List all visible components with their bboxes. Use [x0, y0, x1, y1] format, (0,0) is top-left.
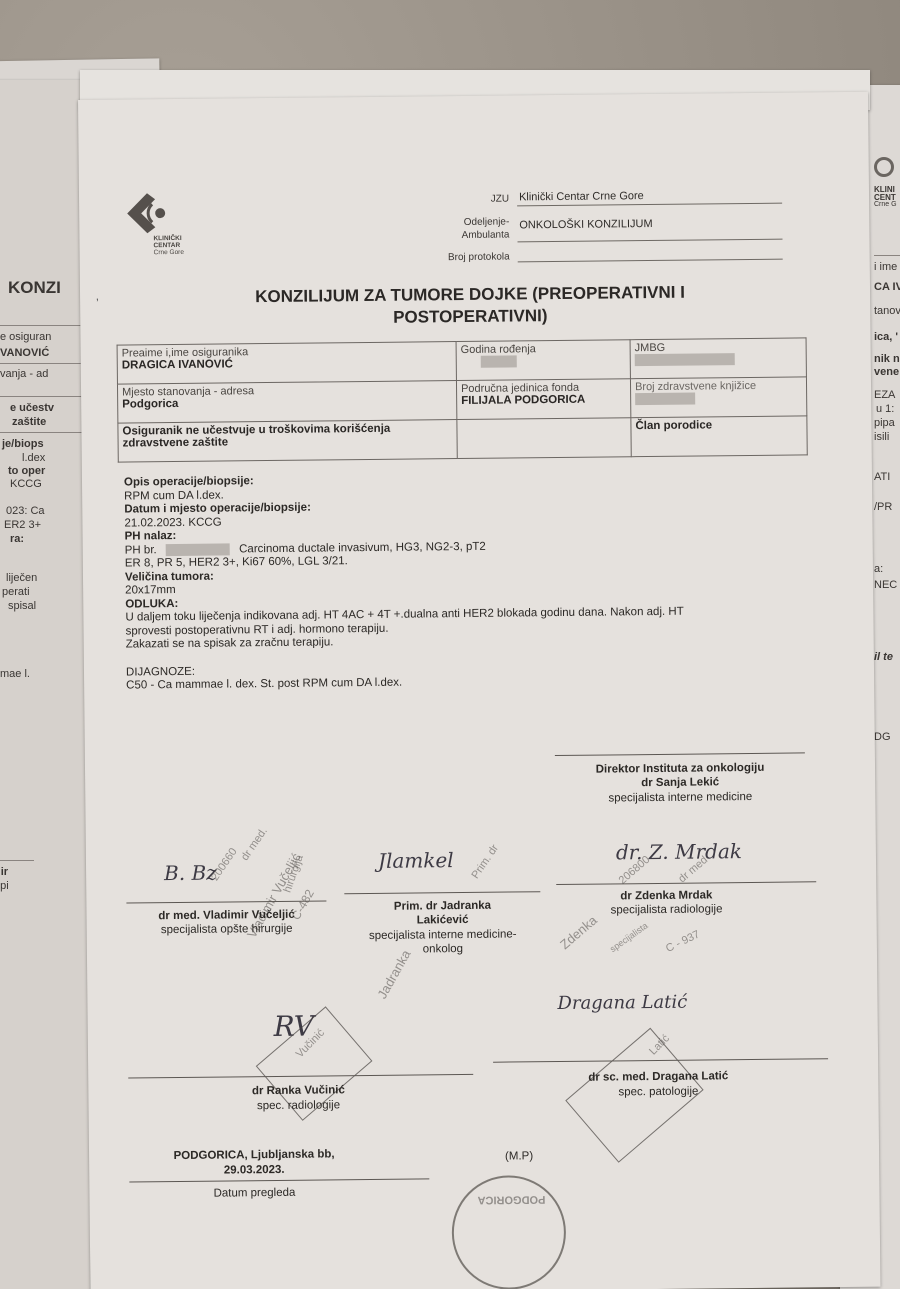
birth-year-redacted: [481, 356, 517, 368]
fund-unit: FILIJALA PODGORICA: [461, 393, 626, 407]
stamp-lakicevic: Prim. dr: [469, 843, 501, 882]
stamp-mrdak: Zdenka: [557, 912, 600, 952]
place-line-1: PODGORICA, Ljubljanska bb,: [139, 1147, 369, 1163]
director-role: specijalista interne medicine: [555, 789, 805, 806]
exam-date-caption: Datum pregleda: [139, 1185, 369, 1201]
exam-date: 29.03.2023.: [139, 1162, 369, 1178]
signatory-latic-role: spec. patologije: [548, 1084, 768, 1100]
signatory-latic-name: dr sc. med. Dragana Latić: [548, 1069, 768, 1085]
findings-section: Opis operacije/biopsije: RPM cum DA l.de…: [124, 469, 826, 693]
signatory-lakicevic-role-2: onkolog: [345, 941, 541, 957]
left-page-title-fragment: KONZI: [8, 278, 61, 298]
signatory-vucinic-name: dr Ranka Vučinić: [198, 1083, 398, 1099]
document-title: KONZILIJUM ZA TUMORE DOJKE (PREOPERATIVN…: [120, 280, 820, 331]
round-official-stamp: PODGORICA: [451, 1175, 566, 1289]
department-value: ONKOLOŠKI KONZILIJUM: [519, 218, 652, 231]
institution-label: JZU: [439, 193, 509, 205]
family-member-label: Član porodice: [635, 418, 802, 432]
background-page-left-front: KONZI e osiguran VANOVIĆ vanja - ad e uč…: [0, 80, 90, 1289]
consilium-document: KLINIČKI CENTAR Crne Gore JZU Klinički C…: [78, 92, 880, 1289]
signatory-mrdak-role: specijalista radiologije: [566, 902, 766, 918]
patient-address: Podgorica: [122, 395, 452, 410]
signatory-vuceljic-role: specijalista opšte hirurgije: [127, 921, 327, 937]
health-book-redacted: [635, 393, 695, 406]
patient-info-table: Preaime i,ime osiguranika DRAGICA IVANOV…: [117, 337, 808, 462]
director-name: dr Sanja Lekić: [555, 774, 805, 791]
signature-lakicevic: Jlamkel: [378, 848, 454, 873]
ph-number-redacted: [166, 543, 230, 556]
kccg-logo: KLINIČKI CENTAR Crne Gore: [121, 189, 192, 260]
signatory-vucinic-role: spec. radiologije: [198, 1098, 398, 1114]
stamp-vuceljic: dr med.: [239, 825, 270, 863]
seal-label: (M.P): [489, 1149, 549, 1164]
signatory-lakicevic-name-2: Lakićević: [345, 912, 541, 928]
institution-value: Klinički Centar Crne Gore: [519, 190, 644, 203]
signature-latic: Dragana Latić: [557, 992, 687, 1014]
ph-finding-1: Carcinoma ductale invasivum, HG3, NG2-3,…: [239, 540, 486, 555]
right-page-logo-icon: [874, 157, 894, 177]
protocol-label: Broj protokola: [410, 251, 510, 263]
signature-vuceljic: B. Bz: [164, 861, 217, 886]
patient-name: DRAGICA IVANOVIĆ: [122, 356, 452, 371]
jmbg-redacted: [635, 353, 735, 366]
